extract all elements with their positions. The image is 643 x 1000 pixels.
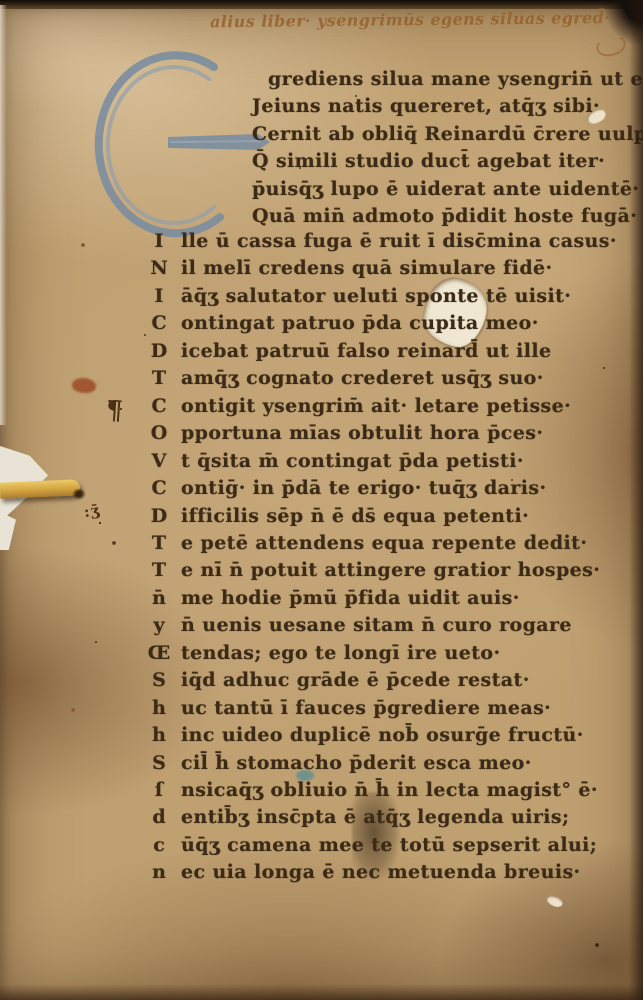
verse-initial: O xyxy=(146,420,172,447)
verse-line: ūq̄ʒ camena mee te totū sepserit alui; xyxy=(181,832,597,859)
pilcrow-mark: ¶ xyxy=(105,395,124,426)
opening-line: Q̄ simili studio duct̄ agebat iter· xyxy=(252,148,605,175)
verse-initial: T xyxy=(146,557,172,584)
verse-initial: h xyxy=(146,722,172,749)
opening-line: grediens silua mane ysengrin̄ ut escā xyxy=(268,66,643,93)
verse-line: tendas; ego te longī ire ueto· xyxy=(181,640,500,667)
opening-line: Cernit ab obliq̄ Reinardū c̄rere uulpē xyxy=(252,121,643,148)
verse-line: entib̄ʒ insc̄pta ē atq̄ʒ legenda uiris; xyxy=(181,804,569,831)
verse-initial: h xyxy=(146,695,172,722)
verse-initial: V xyxy=(146,448,172,475)
verse-initial: n xyxy=(146,859,172,886)
verse-line: uc tantū ī fauces p̄grediere meas· xyxy=(181,695,551,722)
verse-initial: T xyxy=(146,530,172,557)
margin-note-squiggle: :ʒ̄ xyxy=(83,501,101,521)
verse-line: amq̄ʒ cognato crederet usq̄ʒ suo· xyxy=(181,365,544,392)
verse-initial: D xyxy=(146,503,172,530)
verse-line: ontingat patruo p̄da cupita meo· xyxy=(181,310,539,337)
verse-line: inc uideo duplicē nob̄ osurḡe fructū· xyxy=(181,722,584,749)
verse-initial: C xyxy=(146,475,172,502)
verse-initial: ſ xyxy=(146,777,172,804)
verse-initial: C xyxy=(146,310,172,337)
verse-line: ifficilis sēp n̄ ē ds̄ equa petenti· xyxy=(181,503,529,530)
opening-line: p̄uisq̄ʒ lupo ē uiderat ante uidentē· xyxy=(252,176,639,203)
verse-initial: c xyxy=(146,832,172,859)
opening-line: Jeiuns natis quereret, atq̄ʒ sibi· xyxy=(252,93,600,120)
verse-initial: C xyxy=(146,393,172,420)
verse-initial: y xyxy=(146,612,172,639)
verse-line: ontigit ysengrim̄ ait· letare petisse· xyxy=(181,393,571,420)
verse-initial: d xyxy=(146,804,172,831)
verse-initial: I xyxy=(146,228,172,255)
verse-initial: I xyxy=(146,283,172,310)
verse-line: t q̄sita m̄ contingat p̄da petisti· xyxy=(181,448,524,475)
verse-initial: T xyxy=(146,365,172,392)
opening-line: Quā min̄ admoto p̄didit hoste fugā· xyxy=(252,203,637,230)
verse-line: e nī n̄ potuit attingere gratior hospes· xyxy=(181,557,600,584)
manuscript-photo: alius liber· ysengrimūs egens siluas egr… xyxy=(0,0,643,1000)
verse-initial: Œ xyxy=(146,640,172,667)
verse-initial: D xyxy=(146,338,172,365)
verse-initial: N xyxy=(146,255,172,282)
verse-line: ec uia longa ē nec metuenda breuis· xyxy=(181,859,581,886)
verse-initial: S xyxy=(146,750,172,777)
verse-line: icebat patruū falso reinard̄ ut ille xyxy=(181,338,551,365)
verse-line: ontiḡ· in p̄dā te erigo· tuq̄ʒ daris· xyxy=(181,475,547,502)
verse-line: cil̄ h̄ stomacho p̄derit esca meo· xyxy=(181,750,532,777)
verse-initial: n̄ xyxy=(146,585,172,612)
verse-line: pportuna mīas obtulit hora p̄ces· xyxy=(181,420,543,447)
verse-line: nsicaq̄ʒ obliuio n̄ h̄ in lecta magist° … xyxy=(181,777,598,804)
verse-line: lle ū cassa fuga ē ruit ī disc̄mina casu… xyxy=(181,228,617,255)
verse-line: il melī credens quā simulare fidē· xyxy=(181,255,553,282)
verse-line: me hodie p̄mū p̄fida uidit auis· xyxy=(181,585,520,612)
verse-line: n̄ uenis uesane sitam n̄ curo rogare xyxy=(181,612,572,639)
verse-line: e petē attendens equa repente dedit· xyxy=(181,530,587,557)
verse-line: āq̄ʒ salutator ueluti sponte tē uisit· xyxy=(181,283,571,310)
verse-line: iq̄d adhuc grāde ē p̄cede restat· xyxy=(181,667,530,694)
verse-initial: S xyxy=(146,667,172,694)
